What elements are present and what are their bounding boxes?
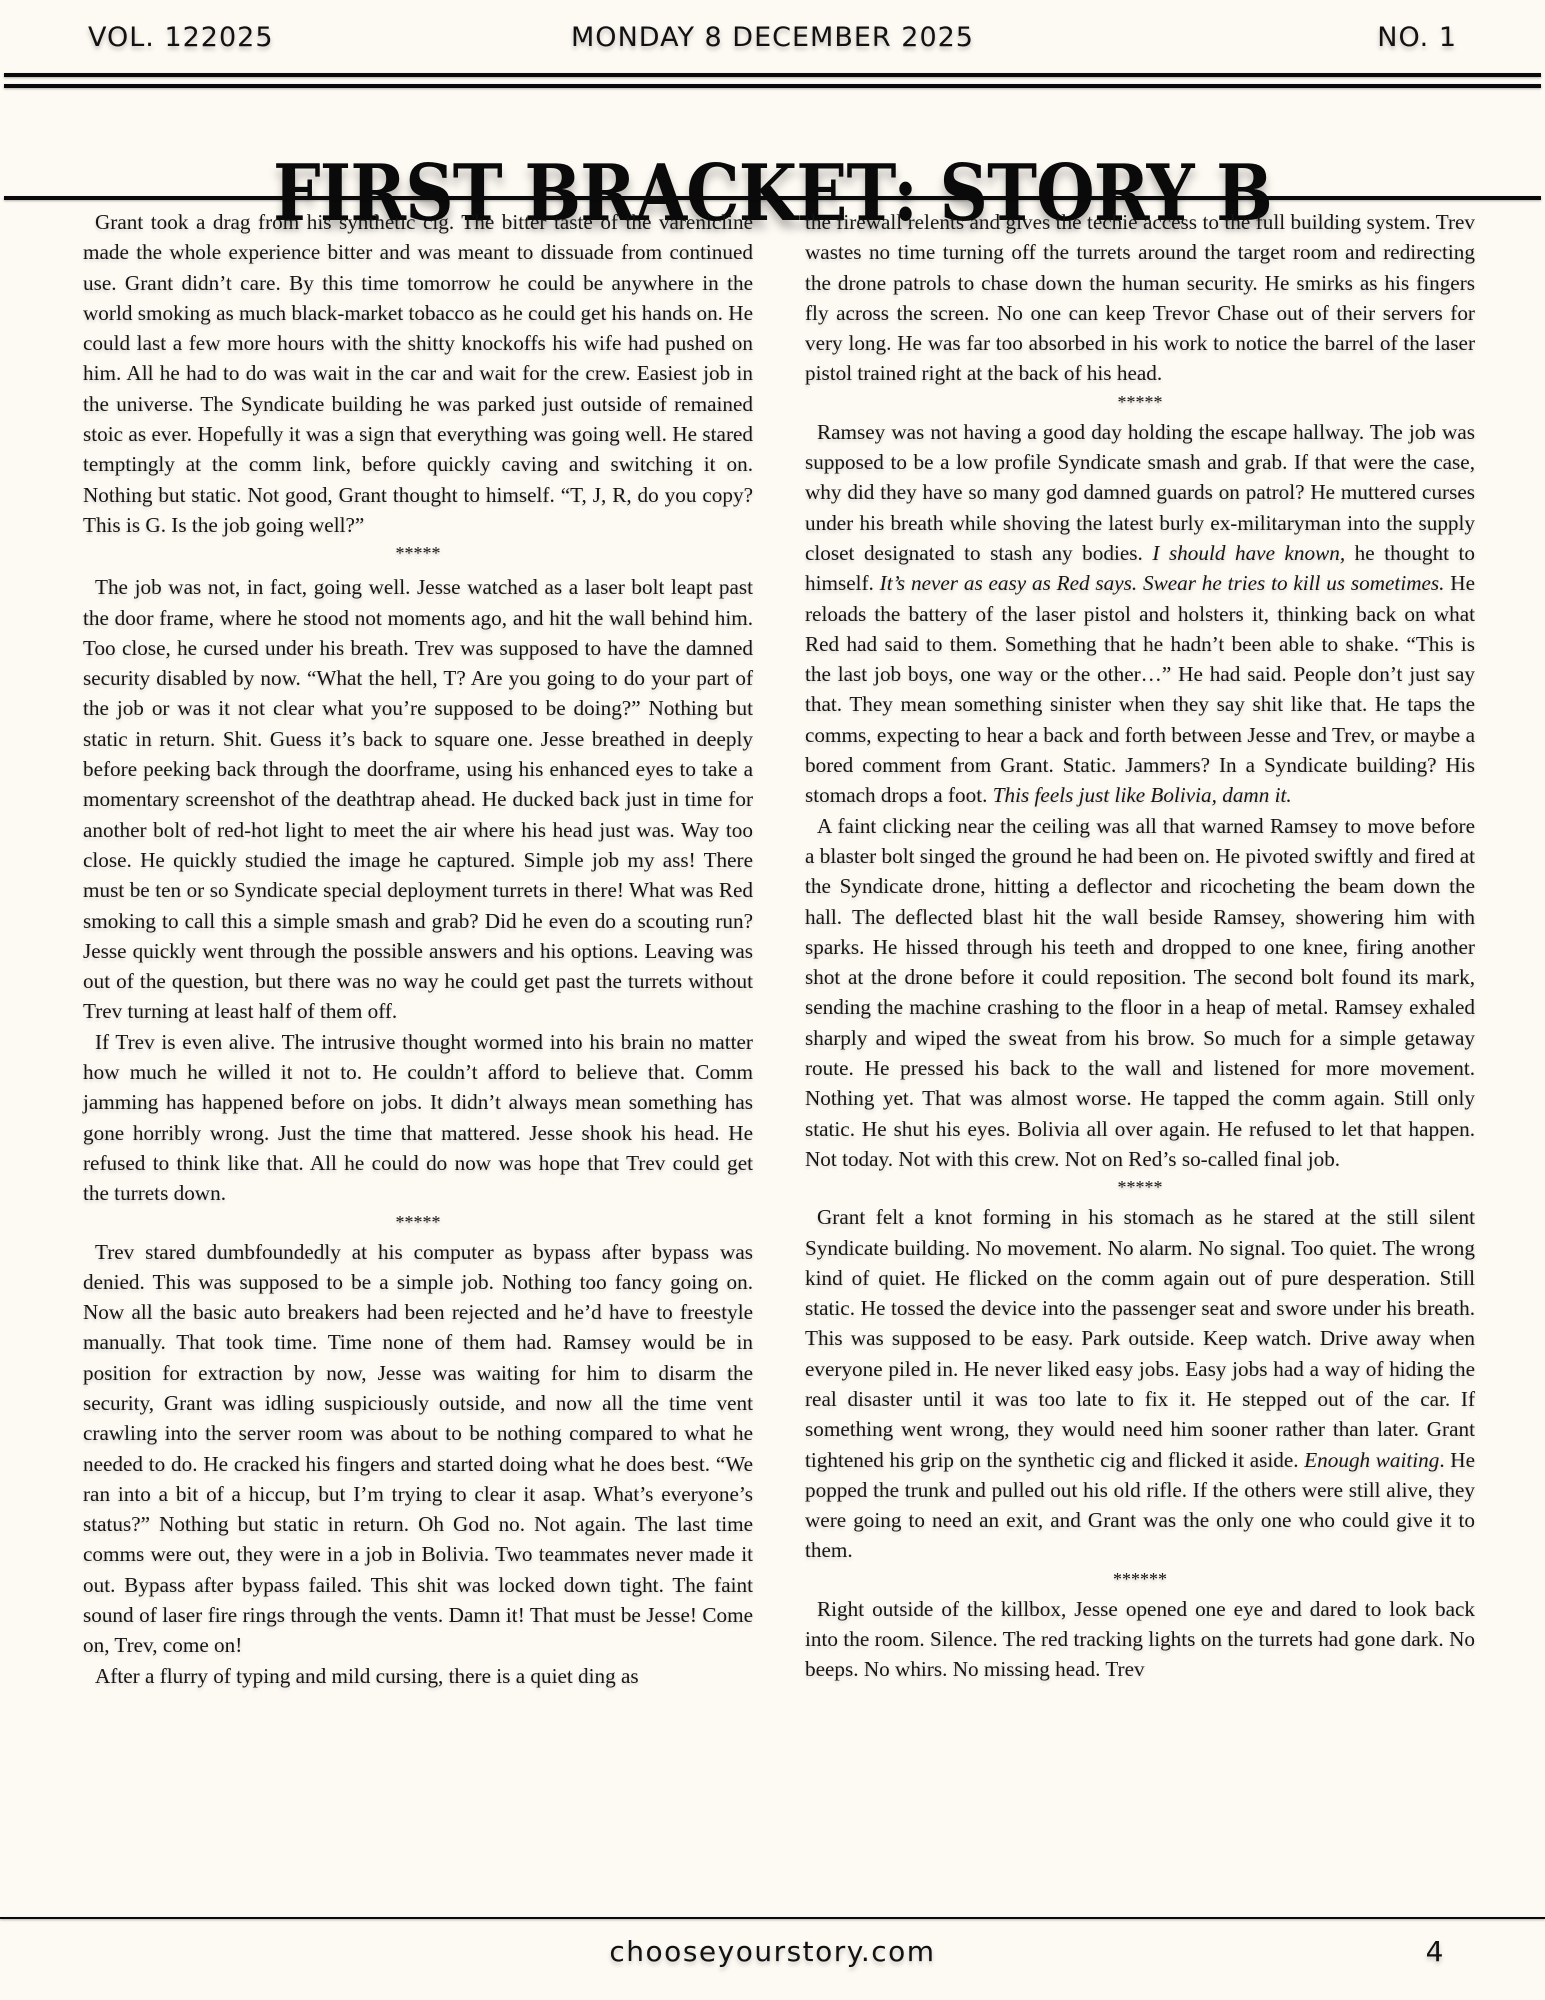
headline-rule xyxy=(4,196,1541,200)
section-separator: ***** xyxy=(805,389,1475,415)
issue-number: NO. 1 xyxy=(1377,22,1457,53)
footer-rule xyxy=(0,1917,1545,1919)
paragraph-trev-firewall: the firewall relents and gives the techi… xyxy=(805,207,1475,389)
paragraph-grant-rifle: Grant felt a knot forming in his stomach… xyxy=(805,1202,1475,1566)
section-separator: ***** xyxy=(805,1174,1475,1200)
article-column-right: the firewall relents and gives the techi… xyxy=(805,207,1475,1685)
italic-thought: I should have known, xyxy=(1152,541,1345,565)
paragraph-ramsey-drone: A faint clicking near the ceiling was al… xyxy=(805,811,1475,1175)
article-column-left: Grant took a drag from his synthetic cig… xyxy=(83,207,753,1691)
paragraph-trev-bypass: Trev stared dumbfoundedly at his compute… xyxy=(83,1237,753,1661)
website-link[interactable]: chooseyourstory.com xyxy=(609,1935,935,1968)
page-number: 4 xyxy=(1426,1935,1445,1968)
section-separator: ***** xyxy=(83,540,753,566)
paragraph-trev-ding: After a flurry of typing and mild cursin… xyxy=(83,1661,753,1691)
volume-label: VOL. 122025 xyxy=(88,22,274,53)
paragraph-jesse-turrets: The job was not, in fact, going well. Je… xyxy=(83,572,753,1026)
italic-thought: Enough waiting xyxy=(1304,1448,1439,1472)
masthead-rule-top xyxy=(4,73,1541,77)
page-footer: chooseyourstory.com 4 xyxy=(0,1935,1545,1975)
italic-thought: This feels just like Bolivia, damn it. xyxy=(993,783,1292,807)
section-separator: ****** xyxy=(805,1566,1475,1592)
paragraph-ramsey-hallway: Ramsey was not having a good day holding… xyxy=(805,417,1475,811)
paragraph-jesse-doubt: If Trev is even alive. The intrusive tho… xyxy=(83,1027,753,1209)
paragraph-jesse-killbox: Right outside of the killbox, Jesse open… xyxy=(805,1594,1475,1685)
text-run: Grant felt a knot forming in his stomach… xyxy=(805,1205,1475,1471)
paragraph-grant-waiting: Grant took a drag from his synthetic cig… xyxy=(83,207,753,540)
issue-date: MONDAY 8 DECEMBER 2025 xyxy=(571,22,974,53)
masthead-rule-bottom xyxy=(4,84,1541,88)
section-separator: ***** xyxy=(83,1209,753,1235)
masthead: VOL. 122025 MONDAY 8 DECEMBER 2025 NO. 1 xyxy=(88,22,1457,62)
italic-thought: It’s never as easy as Red says. Swear he… xyxy=(880,571,1445,595)
text-run: He reloads the battery of the laser pist… xyxy=(805,571,1475,807)
